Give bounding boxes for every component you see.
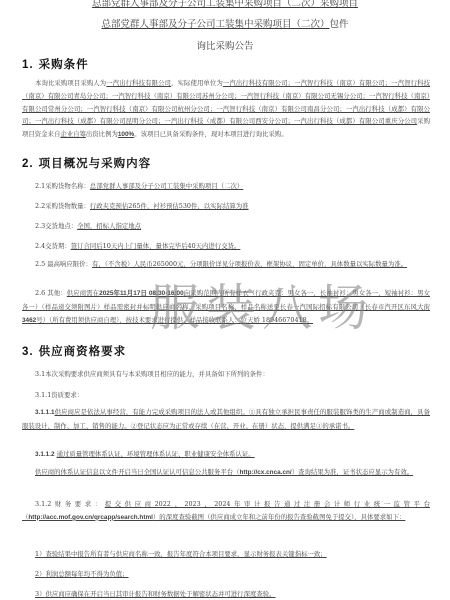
max-price-value: 有，（不含税）人民币265000元，分项限价详见分项报价表，框架协议，固定单价，… [92,260,407,268]
item-label: 2.6 其他： [35,289,67,297]
item-value: 通过质量管理体系认证、环境管理体系认证、职业健康安全体系认证。 [57,450,255,458]
project-name: 总部党群人事部及分子公司工装集中采购项目（二次） [101,19,329,30]
item-label: 3.1.1.1 [35,409,55,416]
announcement-title: 询比采购公告 [0,38,450,52]
section-title: 采购条件 [39,57,89,71]
cert-verification-note: 供应商的体系认证信息以文件开启当日全国认证认可信息公共服务平台（http://c… [22,466,430,480]
text: 本询比采购项目采购人为 [35,79,106,87]
item-label: 3.1.2财务要求： [35,500,105,508]
item-3-1: 3.1本次采购要求供应商须具有与本采购项目相应的能力，并具备如下所列的条件： [35,369,269,379]
section-number: 3. [22,346,34,358]
item-label: 2.5 最高响应限价： [35,260,92,268]
item-3-1-2: 3.1.2财务要求：提交供应商2022、2023、2024年审计报告通过注册会计… [22,498,430,525]
item-label: 3.1.1.2 [35,451,55,458]
financial-req-2: 2）利润总额每年均不得为负值； [35,569,129,579]
item-3-1-1-1: 3.1.1.1供应商应是依法从事经营，有能力完成采购项目的法人或其他组织。①具有… [22,406,430,433]
section-title: 供应商资格要求 [39,344,127,358]
text: ）查询结果为准，证书状态应显示为有效。 [292,468,413,476]
item-value: 行政夹克预估265件，衬衫预估530件，以实际结算为准 [90,202,249,210]
item-label: 2.2采购货物数量： [35,202,90,210]
item-3-1-1: 3.1.1资质要求： [35,390,83,400]
item-value: 供应商应是依法从事经营，有能力完成采购项目的法人或其他组织。①具有独立承担民事责… [22,408,430,430]
item-value: 全国，招标人指定地点 [77,222,141,230]
text: ，实际使用单位为 [171,79,223,87]
title-line-clipped: 总部党群人事部及分子公司工装集中采购项目（二次）采购项目 [0,0,450,9]
cnca-link[interactable]: http://cx.cnca.cn/ [240,469,292,476]
title-line-package: 总部党群人事部及分子公司工装集中采购项目（二次）包件 [0,16,450,30]
funding-ratio: 100% [118,131,134,138]
sample-deadline: 2025年11月17日 08:30-16:00 [99,290,184,297]
item-3-1-1-2: 3.1.1.2 通过质量管理体系认证、环境管理体系认证、职业健康安全体系认证。 [35,449,255,460]
section-title: 项目概况与采购内容 [39,156,152,170]
mof-link[interactable]: http://acc.mof.gov.cn/qrcapp/search.html [28,514,153,521]
section-1-body: 本询比采购项目采购人为一汽出行科技有限公司，实际使用单位为一汽出行科技有限公司；… [22,77,430,142]
item-label: 2.1采购货物名称： [35,182,90,190]
text: 。该项目已具备采购条件，现对本项目进行询比采购。 [134,130,287,138]
text: 供应商的体系认证信息以文件开启当日全国认证认可信息公共服务平台（ [35,468,240,476]
financial-req-3: 3）供应商应确保在开启当日其审计报告和财务数据处于解密状态并可进行深度查验。 [35,589,276,599]
item-2-3: 2.3交货地点：全国，招标人指定地点 [35,221,141,231]
item-value: 签订合同后10天内上门量体，量体完毕后40天内进行交货。 [71,242,241,250]
section-number: 2. [22,158,34,170]
item-2-4: 2.4交货期：签订合同后10天内上门量体，量体完毕后40天内进行交货。 [35,241,240,251]
announcement-page: 总部党群人事部及分子公司工装集中采购项目（二次）采购项目 总部党群人事部及分子公… [0,0,450,600]
item-label: 2.3交货地点： [35,222,77,230]
item-2-6: 2.6 其他：供应商需在2025年11月17日 08:30-16:00向采购范围… [22,287,430,327]
text: 出资比例为 [86,130,118,138]
address-number: 3462 [22,317,36,324]
text: ）的深度查验截图（供应商成立年和之前年份的报告查验截图免于提交），具体要求如下： [153,513,405,521]
text: 供应商需在 [67,289,99,297]
section-number: 1. [22,59,34,71]
section-2-heading: 2. 项目概况与采购内容 [22,155,151,171]
section-1-heading: 1. 采购条件 [22,56,89,72]
section-3-heading: 3. 供应商资格要求 [22,343,126,359]
item-label: 2.4交货期： [35,242,71,250]
contact-info: 号）（所有费用须供应商自理），按技术要求进行提供，样品接收联系人：位天娇 189… [36,316,313,324]
item-2-5: 2.5 最高响应限价：有，（不含税）人民币265000元，分项限价详见分项报价表… [22,258,430,271]
item-value: 总部党群人事部及分子公司工装集中采购项目（二次） [90,182,243,190]
item-2-1: 2.1采购货物名称：总部党群人事部及分子公司工装集中采购项目（二次） [35,181,243,191]
item-2-2: 2.2采购货物数量：行政夹克预估265件，衬衫预估530件，以实际结算为准 [35,201,249,211]
funding-source: 企业自筹 [60,130,86,138]
financial-req-1: 1）查验结果中报告所有者与供应商名称一致，报告年度符合本项目要求，显示财务报表关… [35,549,327,559]
purchaser-name: 一汽出行科技有限公司 [106,79,171,87]
package-suffix: 包件 [330,19,349,30]
